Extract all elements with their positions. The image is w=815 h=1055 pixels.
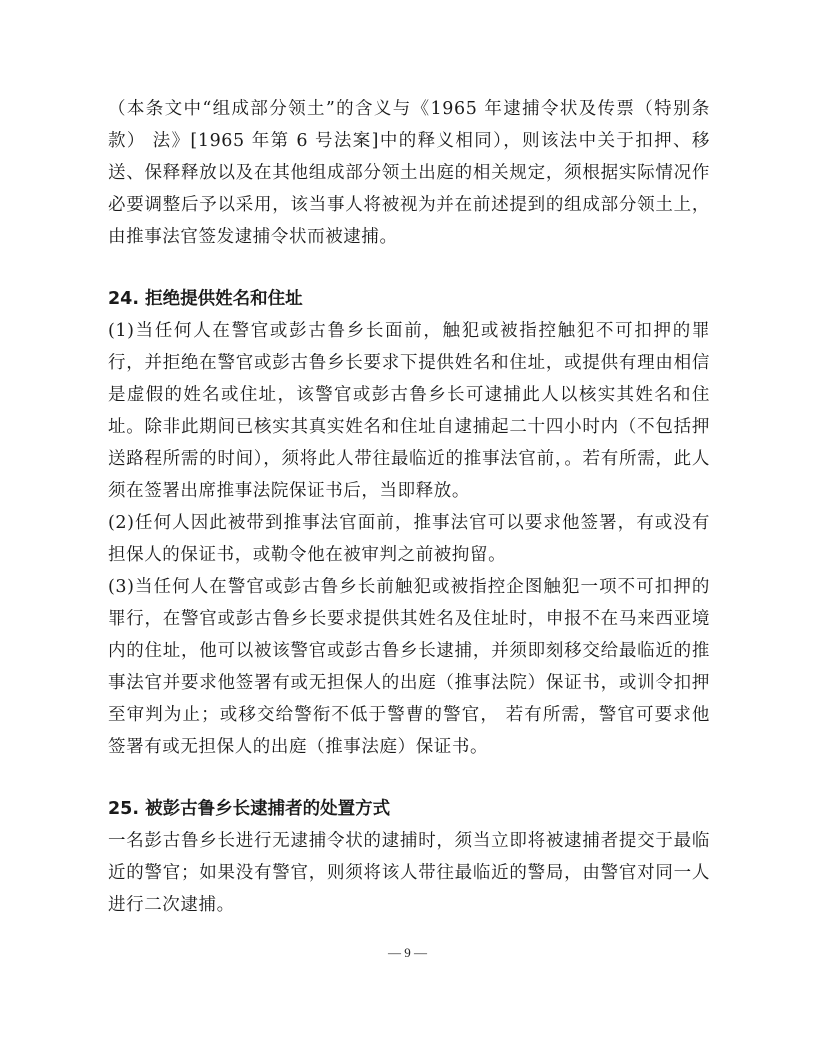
- section-24-paragraph-3: (3)当任何人在警官或彭古鲁乡长前触犯或被指控企图触犯一项不可扣押的罪行，在警官…: [108, 571, 710, 763]
- section-gap: [108, 253, 710, 283]
- page-number: — 9 —: [0, 945, 815, 961]
- section-heading: 25. 被彭古鲁乡长逮捕者的处置方式: [108, 793, 710, 825]
- section-24-paragraph-2: (2)任何人因此被带到推事法官面前，推事法官可以要求他签署，有或没有担保人的保证…: [108, 507, 710, 571]
- section-25-paragraph-1: 一名彭古鲁乡长进行无逮捕令状的逮捕时，须当立即将被逮捕者提交于最临近的警官；如果…: [108, 825, 710, 921]
- section-gap: [108, 763, 710, 793]
- section-24: 24. 拒绝提供姓名和住址 (1)当任何人在警官或彭古鲁乡长面前，触犯或被指控触…: [108, 283, 710, 763]
- section-25: 25. 被彭古鲁乡长逮捕者的处置方式 一名彭古鲁乡长进行无逮捕令状的逮捕时，须当…: [108, 793, 710, 921]
- section-heading: 24. 拒绝提供姓名和住址: [108, 283, 710, 315]
- section-24-paragraph-1: (1)当任何人在警官或彭古鲁乡长面前，触犯或被指控触犯不可扣押的罪行，并拒绝在警…: [108, 315, 710, 507]
- intro-paragraph: （本条文中“组成部分领土”的含义与《1965 年逮捕令状及传票（特别条款） 法》…: [108, 93, 710, 253]
- document-page: （本条文中“组成部分领土”的含义与《1965 年逮捕令状及传票（特别条款） 法》…: [108, 93, 710, 921]
